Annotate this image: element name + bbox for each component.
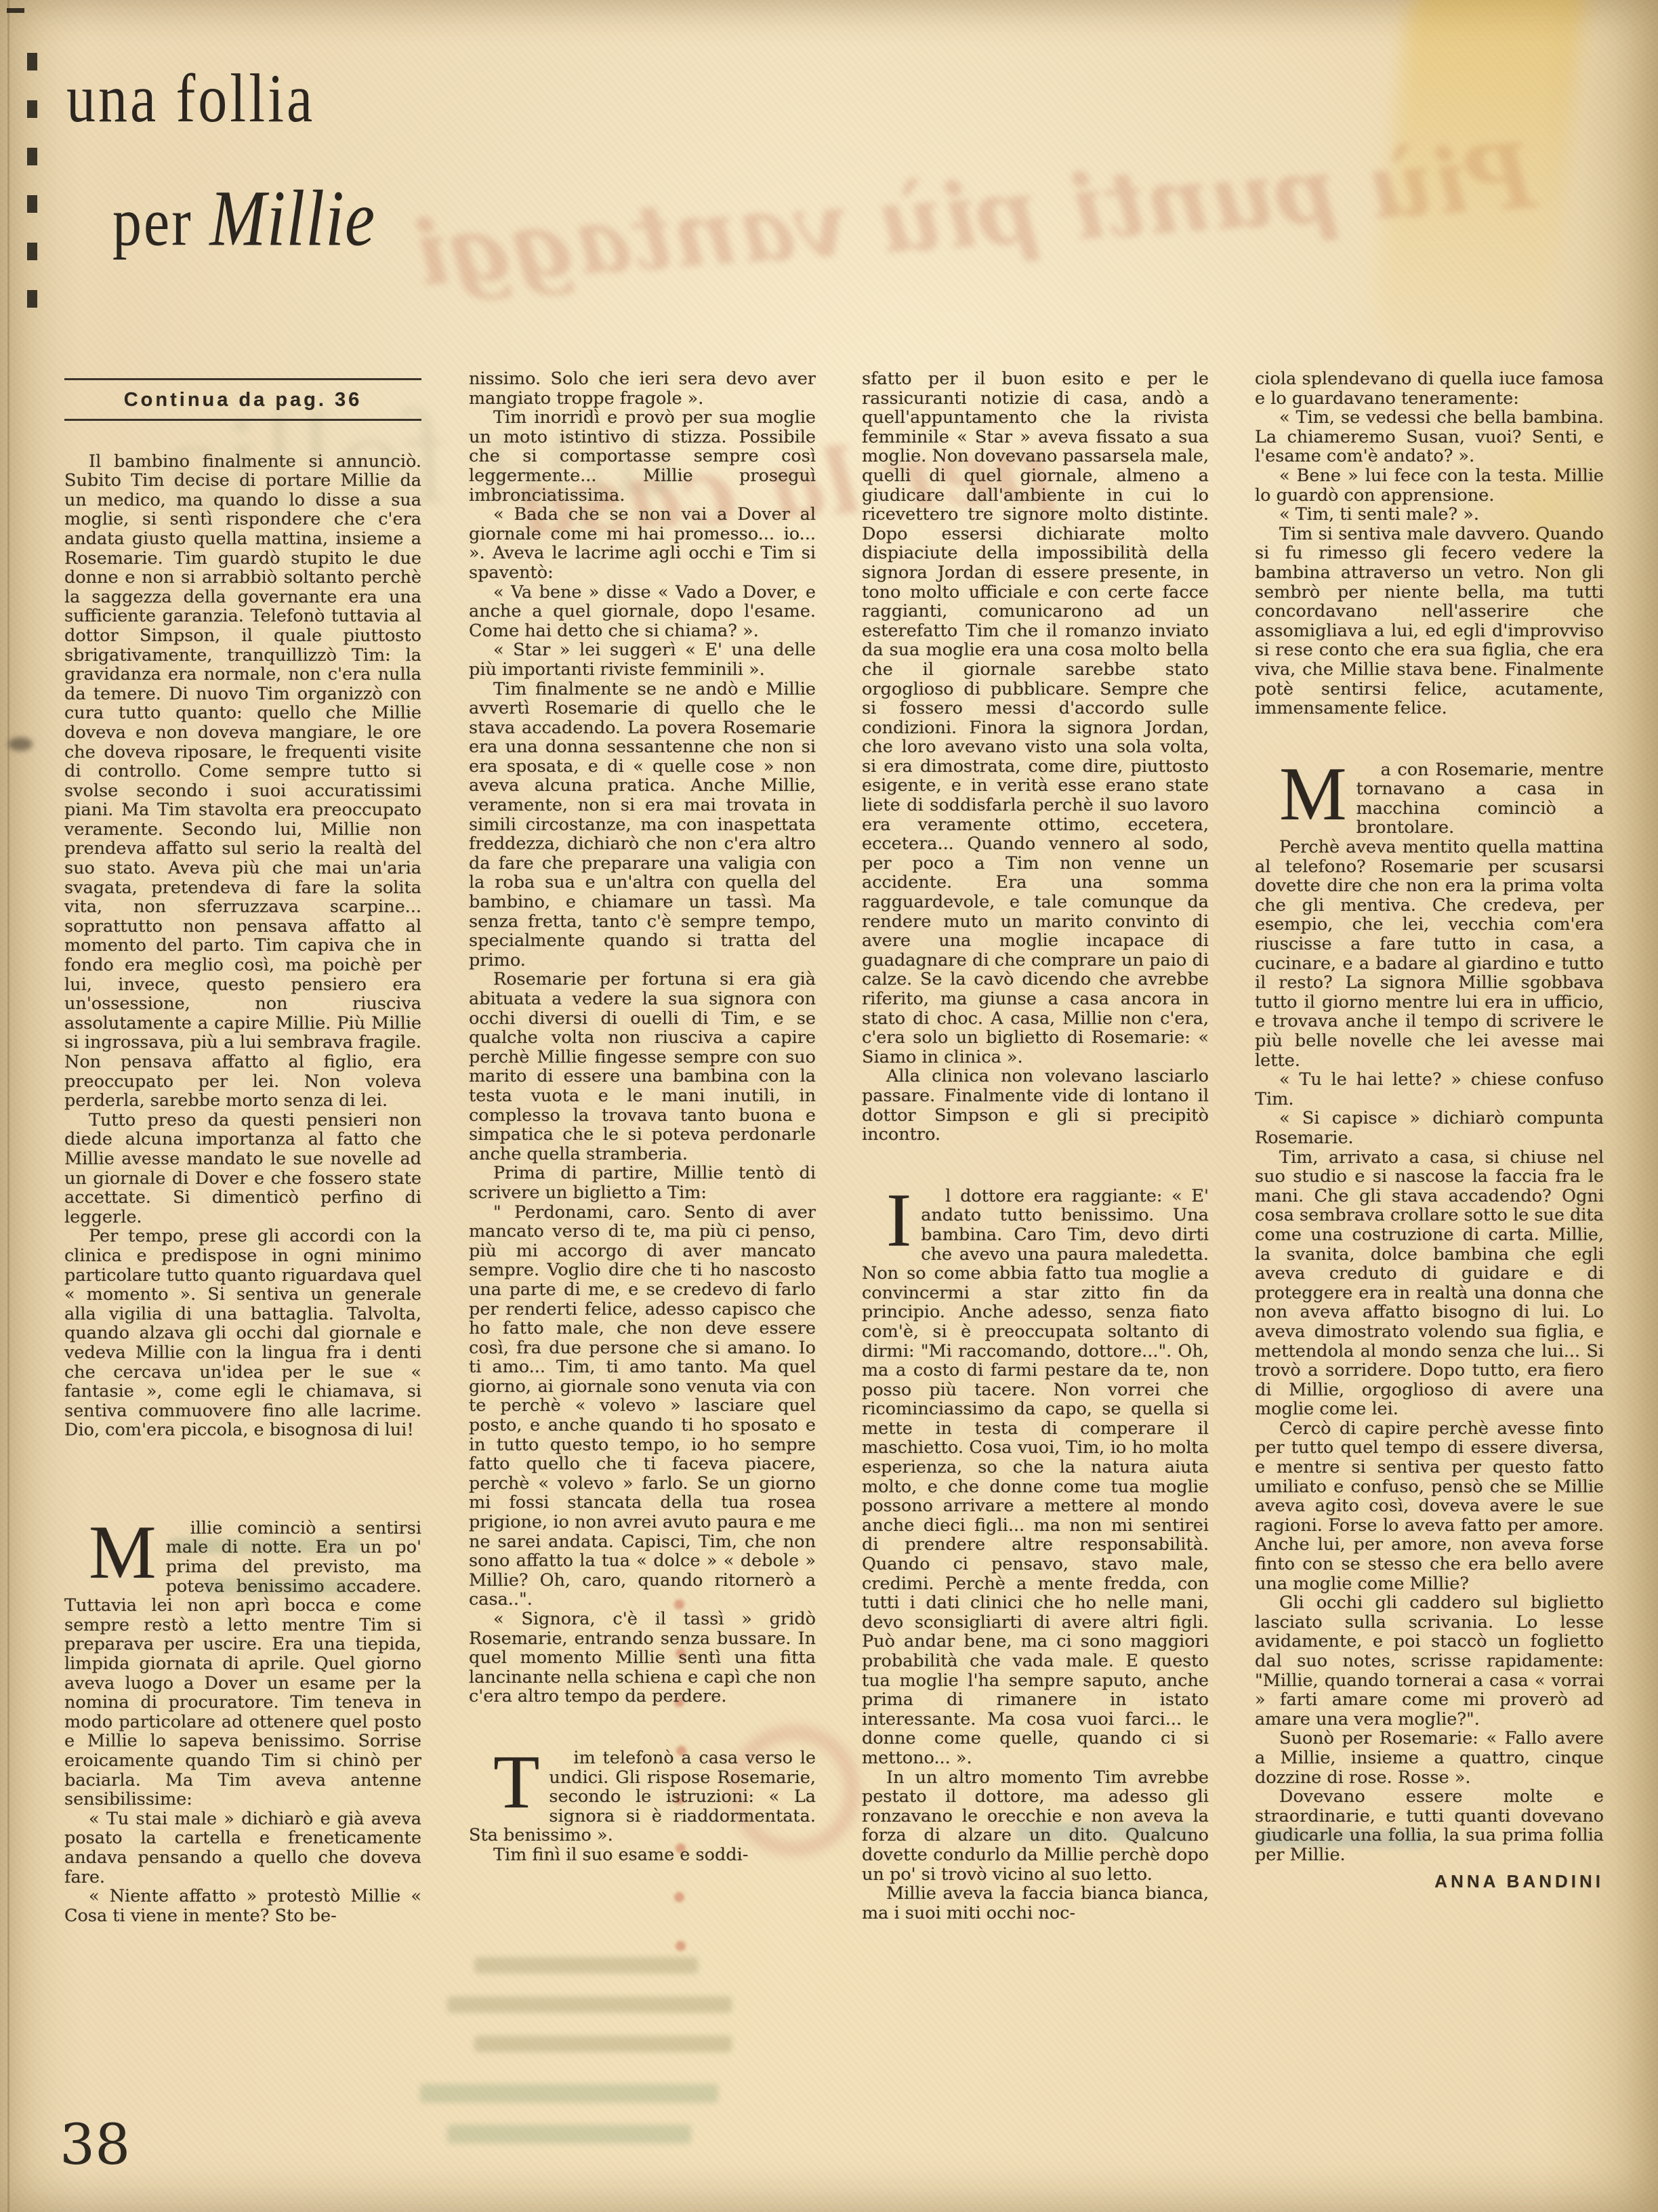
paragraph: Tim inorridì e provò per sua moglie un m… xyxy=(469,408,816,505)
paragraph-dropcap: Il dottore era raggiante: « E' andato tu… xyxy=(862,1187,1209,1768)
page-number: 38 xyxy=(60,2113,130,2177)
paragraph-dropcap: Tim telefonò a casa verso le undici. Gli… xyxy=(469,1748,816,1845)
paragraph: « Tim, se vedessi che bella bambina. La … xyxy=(1255,408,1604,466)
paragraph: Prima di partire, Millie tentò di scrive… xyxy=(469,1164,816,1202)
paragraph: Tim, arrivato a casa, si chiuse nel suo … xyxy=(1255,1148,1604,1419)
paragraph: Tutto preso da questi pensieri non diede… xyxy=(64,1111,421,1227)
paragraph: ciola splendevano di quella iuce famosa … xyxy=(1255,369,1604,408)
paragraph: « Si capisce » dichiarò compunta Rosemar… xyxy=(1255,1109,1604,1147)
showthrough-text-bar xyxy=(447,2125,691,2144)
story-title-line2: per Millie xyxy=(112,172,375,264)
paragraph: « Tu le hai lette? » chiese confuso Tim. xyxy=(1255,1070,1604,1109)
author-signature: ANNA BANDINI xyxy=(1255,1872,1604,1891)
showthrough-text-bar xyxy=(447,1996,732,2013)
showthrough-text-bar xyxy=(420,2084,718,2103)
drop-cap-letter: I xyxy=(862,1187,921,1250)
paragraph: Dovevano essere molte e straordinarie, e… xyxy=(1255,1787,1604,1864)
text-column-1: Continua da pag. 36 Il bambino finalment… xyxy=(64,378,421,1925)
paragraph: « Tu stai male » dichiarò e già aveva po… xyxy=(64,1809,421,1887)
ink-smudge xyxy=(8,737,33,751)
scan-mark xyxy=(27,100,37,118)
paragraph: « Signora, c'è il tassì » gridò Rosemari… xyxy=(469,1610,816,1706)
scan-mark xyxy=(7,8,24,13)
drop-cap-letter: T xyxy=(469,1748,549,1812)
showthrough-text-bar xyxy=(474,1957,698,1973)
paragraph: Alla clinica non volevano lasciarlo pass… xyxy=(862,1067,1209,1144)
page-fold-crease xyxy=(7,0,9,2212)
drop-cap-letter: M xyxy=(1255,760,1356,824)
showthrough-text-bar xyxy=(474,2036,732,2052)
paragraph: sfatto per il buon esito e per le rassic… xyxy=(862,369,1209,1067)
paragraph-dropcap: Millie cominciò a sentirsi male di notte… xyxy=(64,1519,421,1809)
paragraph: Perchè aveva mentito quella mattina al t… xyxy=(1255,838,1604,1070)
paragraph: Tim si sentiva male davvero. Quando si f… xyxy=(1255,525,1604,718)
showthrough-dot xyxy=(676,1941,686,1951)
story-title-line1: una follia xyxy=(66,58,375,138)
paragraph: Tim finì il suo esame e soddi- xyxy=(469,1845,816,1865)
scan-mark xyxy=(27,53,37,70)
paragraph: Il bambino finalmente si annunciò. Subit… xyxy=(64,452,421,1111)
continuation-notice: Continua da pag. 36 xyxy=(64,378,421,421)
showthrough-dot xyxy=(674,1892,684,1902)
paragraph: « Tim, ti senti male? ». xyxy=(1255,505,1604,525)
magazine-page-scan: Più punti più vantaggi per la casa una f… xyxy=(0,0,1658,2212)
paragraph: " Perdonami, caro. Sento di aver mancato… xyxy=(469,1203,816,1610)
scan-mark xyxy=(27,195,37,213)
showthrough-yellow-shape xyxy=(1368,0,1588,394)
story-title-line2-prefix: per xyxy=(112,184,209,260)
paragraph: « Star » lei suggerì « E' una delle più … xyxy=(469,640,816,679)
paragraph: « Niente affatto » protestò Millie « Cos… xyxy=(64,1887,421,1925)
text-column-4: ciola splendevano di quella iuce famosa … xyxy=(1255,369,1604,1891)
paragraph: Cercò di capire perchè avesse finto per … xyxy=(1255,1419,1604,1593)
text-column-2: nissimo. Solo che ieri sera devo aver ma… xyxy=(469,369,816,1865)
paragraph: Per tempo, prese gli accordi con la clin… xyxy=(64,1227,421,1440)
paragraph: Tim finalmente se ne andò e Millie avver… xyxy=(469,680,816,970)
paragraph: « Bada che se non vai a Dover al giornal… xyxy=(469,505,816,582)
paragraph: Suonò per Rosemarie: « Fallo avere a Mil… xyxy=(1255,1729,1604,1787)
text-column-3: sfatto per il buon esito e per le rassic… xyxy=(862,369,1209,1923)
showthrough-script-line1: Più punti più vantaggi xyxy=(411,123,1538,306)
paragraph: In un altro momento Tim avrebbe pestato … xyxy=(862,1768,1209,1885)
paragraph-dropcap: Ma con Rosemarie, mentre tornavano a cas… xyxy=(1255,760,1604,838)
paragraph: Millie aveva la faccia bianca bianca, ma… xyxy=(862,1884,1209,1923)
paragraph: « Bene » lui fece con la testa. Millie l… xyxy=(1255,466,1604,505)
scan-mark xyxy=(27,290,37,308)
story-title: una follia per Millie xyxy=(66,58,375,250)
paragraph: Rosemarie per fortuna si era già abituat… xyxy=(469,970,816,1164)
scan-mark xyxy=(27,243,37,260)
paragraph: « Va bene » disse « Vado a Dover, e anch… xyxy=(469,583,816,641)
drop-cap-letter: M xyxy=(64,1519,166,1582)
scan-mark xyxy=(27,148,37,165)
paragraph: Gli occhi gli caddero sul biglietto lasc… xyxy=(1255,1593,1604,1729)
paragraph: nissimo. Solo che ieri sera devo aver ma… xyxy=(469,369,816,408)
story-title-name: Millie xyxy=(209,173,375,262)
